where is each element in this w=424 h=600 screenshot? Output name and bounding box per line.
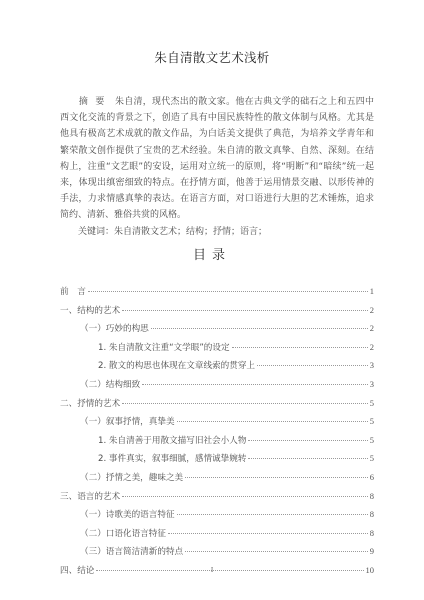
toc-entry-text: 1. 朱自清散文注重“文学眼”的设定 (98, 341, 230, 353)
toc-leader-dots (122, 496, 368, 497)
toc-entry-text: （二）抒情之美，趣味之美 (80, 471, 183, 483)
toc-entry[interactable]: （二）口语化语言特征8 (60, 527, 374, 546)
keywords-line: 关键词：朱自清散文艺术；结构；抒情；语言； (78, 224, 267, 237)
toc-entry-text: 三、语言的艺术 (60, 490, 120, 502)
toc-leader-dots (177, 421, 368, 422)
toc-page-number: 3 (370, 360, 374, 370)
table-of-contents: 前 言1 一、结构的艺术2 （一）巧妙的构思2 1. 朱自清散文注重“文学眼”的… (60, 285, 374, 583)
abstract-label: 摘要 (79, 97, 112, 107)
toc-leader-dots (88, 291, 368, 292)
toc-page-number: 2 (370, 305, 374, 315)
toc-entry-text: 二、抒情的艺术 (60, 397, 120, 409)
toc-entry-text: 2. 散文的构思也体现在文章线索的贯穿上 (98, 359, 255, 371)
toc-page-number: 5 (370, 435, 374, 445)
toc-page-number: 6 (370, 472, 374, 482)
toc-entry[interactable]: 二、抒情的艺术5 (60, 397, 374, 416)
toc-entry[interactable]: 一、结构的艺术2 (60, 304, 374, 323)
toc-page-number: 5 (370, 453, 374, 463)
abstract-text: 朱自清，现代杰出的散文家。他在古典文学的础石之上和五四中西文化交流的背景之下，创… (60, 97, 374, 220)
toc-leader-dots (232, 347, 368, 348)
toc-entry-text: （一）诗歌美的语言特征 (80, 508, 175, 520)
toc-page-number: 1 (370, 286, 374, 296)
toc-page-number: 5 (370, 416, 374, 426)
toc-title: 目录 (0, 244, 424, 263)
toc-entry[interactable]: 三、语言的艺术8 (60, 490, 374, 509)
toc-leader-dots (122, 310, 368, 311)
toc-leader-dots (122, 403, 368, 404)
toc-entry[interactable]: （一）巧妙的构思2 (60, 322, 374, 341)
toc-entry[interactable]: （一）叙事抒情，真挚美5 (60, 415, 374, 434)
toc-leader-dots (168, 533, 368, 534)
toc-page-number: 8 (370, 528, 374, 538)
toc-page-number: 2 (370, 323, 374, 333)
page-number: I (0, 566, 424, 574)
toc-page-number: 3 (370, 379, 374, 389)
toc-page-number: 5 (370, 398, 374, 408)
toc-leader-dots (177, 514, 368, 515)
toc-page-number: 8 (370, 509, 374, 519)
toc-entry-text: 前 言 (60, 285, 86, 297)
toc-leader-dots (142, 384, 368, 385)
toc-leader-dots (151, 328, 368, 329)
toc-entry[interactable]: 2. 事件真实，叙事细腻，感情诚挚婉转5 (60, 452, 374, 471)
toc-leader-dots (257, 365, 368, 366)
toc-leader-dots (185, 551, 368, 552)
toc-entry[interactable]: （二）抒情之美，趣味之美6 (60, 471, 374, 490)
document-title: 朱自清散文艺术浅析 (0, 48, 424, 66)
toc-entry-text: （一）叙事抒情，真挚美 (80, 415, 175, 427)
toc-entry-text: 一、结构的艺术 (60, 304, 120, 316)
toc-page-number: 8 (370, 491, 374, 501)
toc-leader-dots (248, 440, 367, 441)
abstract-paragraph: 摘要 朱自清，现代杰出的散文家。他在古典文学的础石之上和五四中西文化交流的背景之… (60, 94, 374, 224)
toc-entry[interactable]: （三）语言简洁清新的特点9 (60, 545, 374, 564)
toc-entry-text: （三）语言简洁清新的特点 (80, 545, 183, 557)
document-page: 朱自清散文艺术浅析 摘要 朱自清，现代杰出的散文家。他在古典文学的础石之上和五四… (0, 0, 424, 600)
toc-page-number: 2 (370, 342, 374, 352)
toc-leader-dots (248, 458, 367, 459)
toc-entry[interactable]: 1. 朱自清善于用散文描写旧社会小人物5 (60, 434, 374, 453)
toc-entry[interactable]: 2. 散文的构思也体现在文章线索的贯穿上3 (60, 359, 374, 378)
toc-entry[interactable]: 1. 朱自清散文注重“文学眼”的设定2 (60, 341, 374, 360)
toc-entry[interactable]: 前 言1 (60, 285, 374, 304)
toc-entry-text: （二）口语化语言特征 (80, 527, 166, 539)
toc-entry-text: （一）巧妙的构思 (80, 322, 149, 334)
toc-entry[interactable]: （一）诗歌美的语言特征8 (60, 508, 374, 527)
toc-entry-text: 1. 朱自清善于用散文描写旧社会小人物 (98, 434, 246, 446)
toc-entry-text: （二）结构细致 (80, 378, 140, 390)
toc-leader-dots (185, 477, 368, 478)
toc-page-number: 9 (370, 546, 374, 556)
toc-entry-text: 2. 事件真实，叙事细腻，感情诚挚婉转 (98, 452, 246, 464)
toc-entry[interactable]: （二）结构细致3 (60, 378, 374, 397)
